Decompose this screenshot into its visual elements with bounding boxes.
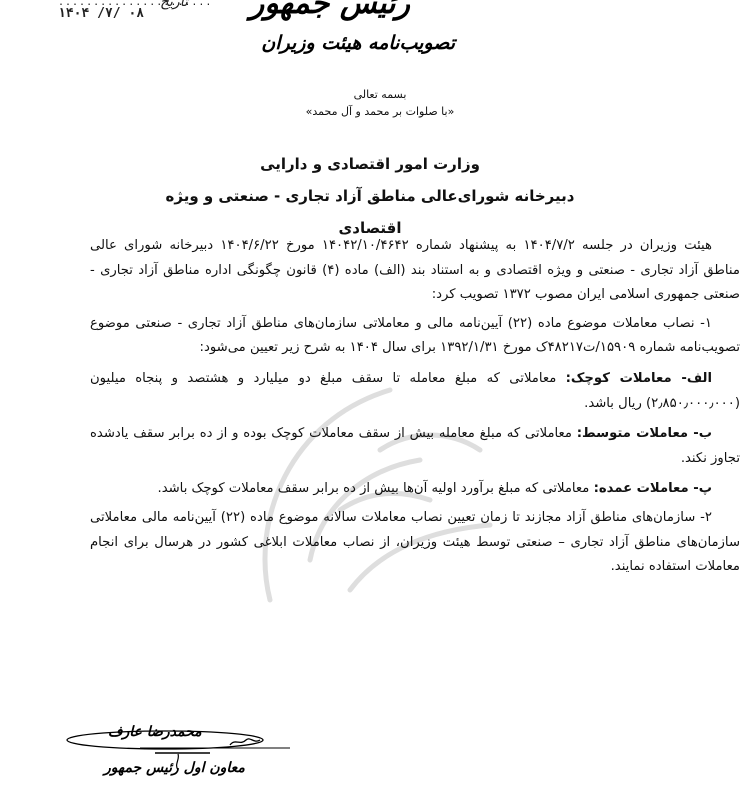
- invocation: بسمه تعالی «با صلوات بر محمد و آل محمد»: [300, 86, 460, 120]
- date-value: ۱۴۰۴ /۷/ ۰۸: [58, 6, 212, 22]
- item-1c-text: معاملاتی که مبلغ برآورد اولیه آن‌ها بیش …: [158, 481, 594, 496]
- item-1b-label: ب- معاملات متوسط:: [577, 426, 712, 441]
- invocation-line-2: «با صلوات بر محمد و آل محمد»: [300, 103, 460, 120]
- ministry-name: وزارت امور اقتصادی و دارایی: [150, 148, 590, 180]
- item-1-text: ۱- نصاب معاملات موضوع ماده (۲۲) آیین‌نام…: [90, 316, 740, 356]
- date-block: ...................... ۱۴۰۴ /۷/ ۰۸: [58, 0, 212, 22]
- date-label: تاریخ: [160, 0, 188, 10]
- item-1a-label: الف- معاملات کوچک:: [566, 371, 712, 386]
- item-1b-paragraph: ب- معاملات متوسط: معاملاتی که مبلغ معامل…: [90, 422, 740, 471]
- signatory-title: معاون اول رئیس جمهور: [104, 760, 245, 776]
- cabinet-decree-title: تصویب‌نامه هیئت وزیران: [295, 32, 455, 54]
- invocation-line-1: بسمه تعالی: [300, 86, 460, 103]
- item-1c-paragraph: پ- معاملات عمده: معاملاتی که مبلغ برآورد…: [90, 477, 740, 502]
- item-1-paragraph: ۱- نصاب معاملات موضوع ماده (۲۲) آیین‌نام…: [90, 312, 740, 361]
- item-2-paragraph: ۲- سازمان‌های مناطق آزاد مجازند تا زمان …: [90, 506, 740, 580]
- item-1c-label: پ- معاملات عمده:: [594, 481, 712, 496]
- item-1a-paragraph: الف- معاملات کوچک: معاملاتی که مبلغ معام…: [90, 367, 740, 416]
- signature-block: محمدرضا عارف معاون اول رئیس جمهور: [60, 720, 290, 790]
- intro-paragraph: هیئت وزیران در جلسه ۱۴۰۴/۷/۲ به پیشنهاد …: [90, 234, 740, 308]
- signatory-name: محمدرضا عارف: [108, 724, 202, 740]
- addressee-block: وزارت امور اقتصادی و دارایی دبیرخانه شور…: [150, 148, 590, 244]
- president-title: رئیس جمهور: [300, 0, 410, 21]
- decree-page: ...................... ۱۴۰۴ /۷/ ۰۸ تاریخ…: [0, 0, 747, 811]
- decree-body: هیئت وزیران در جلسه ۱۴۰۴/۷/۲ به پیشنهاد …: [90, 234, 740, 580]
